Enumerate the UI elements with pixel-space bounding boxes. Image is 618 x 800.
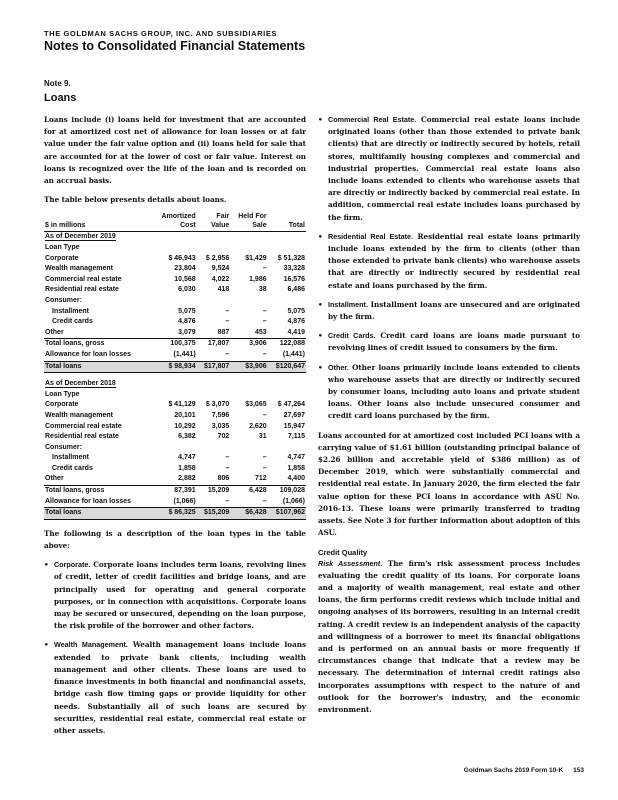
descriptions-lead: The following is a description of the lo… [44,528,306,552]
table-row: Wealth management23,8049,524–33,328 [44,264,306,275]
running-header-company: THE GOLDMAN SACHS GROUP, INC. AND SUBSID… [44,29,277,38]
list-item-corporate: Corporate. Corporate loans includes term… [44,559,306,632]
section-heading-row: As of December 2019 [44,232,306,243]
table-row: Wealth management20,1017,596–27,697 [44,411,306,422]
col-header-held-for-sale: Held ForSale [230,213,267,232]
section-heading-row: As of December 2018 [44,379,306,390]
risk-assessment-paragraph: Risk Assessment. The firm's risk assessm… [318,558,580,717]
gross-total-row: Total loans, gross100,37517,8073,906122,… [44,339,306,350]
table-row: Credit cards4,876––4,876 [44,317,306,328]
col-header-total: Total [268,213,306,232]
page-number: 153 [573,767,584,774]
note-number: Note 9. [44,79,71,88]
note-title: Loans [44,92,76,104]
table-row: Credit cards1,858––1,858 [44,464,306,475]
list-item-commercial-real-estate: Commercial Real Estate. Commercial real … [318,114,580,224]
total-row: Total loans$ 98,934$17,807$3,906$120,647 [44,361,306,373]
footer-source: Goldman Sachs 2019 Form 10-K [464,767,563,774]
list-item-credit-cards: Credit Cards. Credit card loans are loan… [318,330,580,354]
table-row: Residential real estate6,030418386,486 [44,285,306,296]
col-header-amortized: AmortizedCost [152,213,197,232]
table-row: Commercial real estate10,2923,0352,62015… [44,422,306,433]
allowance-row: Allowance for loan losses(1,441)––(1,441… [44,350,306,361]
list-item-wealth-management: Wealth Management. Wealth management loa… [44,639,306,737]
loans-table: $ in millions AmortizedCost FairValue He… [44,213,306,519]
list-item-other: Other. Other loans primarily include loa… [318,362,580,423]
table-row: Other3,0798874534,419 [44,328,306,339]
col-header-fair-value: FairValue [197,213,231,232]
subheading-row: Loan Type [44,243,306,254]
total-row: Total loans$ 86,325$15,209$6,428$107,962 [44,508,306,520]
left-column: Loans include (i) loans held for investm… [44,114,306,744]
col-header-units: $ in millions [44,213,152,232]
loan-type-list-continued: Commercial Real Estate. Commercial real … [318,114,580,423]
right-column: Commercial Real Estate. Commercial real … [318,114,580,723]
table-row: Corporate$ 46,943$ 2,956$1,429$ 51,328 [44,254,306,265]
list-item-residential-real-estate: Residential Real Estate. Residential rea… [318,231,580,292]
gross-total-row: Total loans, gross87,39115,2096,428109,0… [44,486,306,497]
table-row: Corporate$ 41,129$ 3,070$3,065$ 47,264 [44,400,306,411]
table-row: Installment5,075––5,075 [44,307,306,318]
credit-quality-heading: Credit Quality [318,547,580,558]
page-footer: Goldman Sachs 2019 Form 10-K153 [464,767,584,774]
list-item-installment: Installment. Installment loans are unsec… [318,299,580,323]
table-row: Installment4,747––4,747 [44,453,306,464]
loan-type-list: Corporate. Corporate loans includes term… [44,559,306,737]
table-header-row: $ in millions AmortizedCost FairValue He… [44,213,306,232]
pci-paragraph: Loans accounted for at amortized cost in… [318,430,580,540]
consumer-label-row: Consumer: [44,443,306,454]
table-lead: The table below presents details about l… [44,194,306,206]
intro-paragraph: Loans include (i) loans held for investm… [44,114,306,187]
table-row: Other2,8828067124,400 [44,474,306,485]
subheading-row: Loan Type [44,390,306,401]
consumer-label-row: Consumer: [44,296,306,307]
table-row: Commercial real estate10,5684,0221,98616… [44,275,306,286]
page-title: Notes to Consolidated Financial Statemen… [44,39,305,53]
allowance-row: Allowance for loan losses(1,066)––(1,066… [44,497,306,508]
table-row: Residential real estate6,382702317,115 [44,432,306,443]
